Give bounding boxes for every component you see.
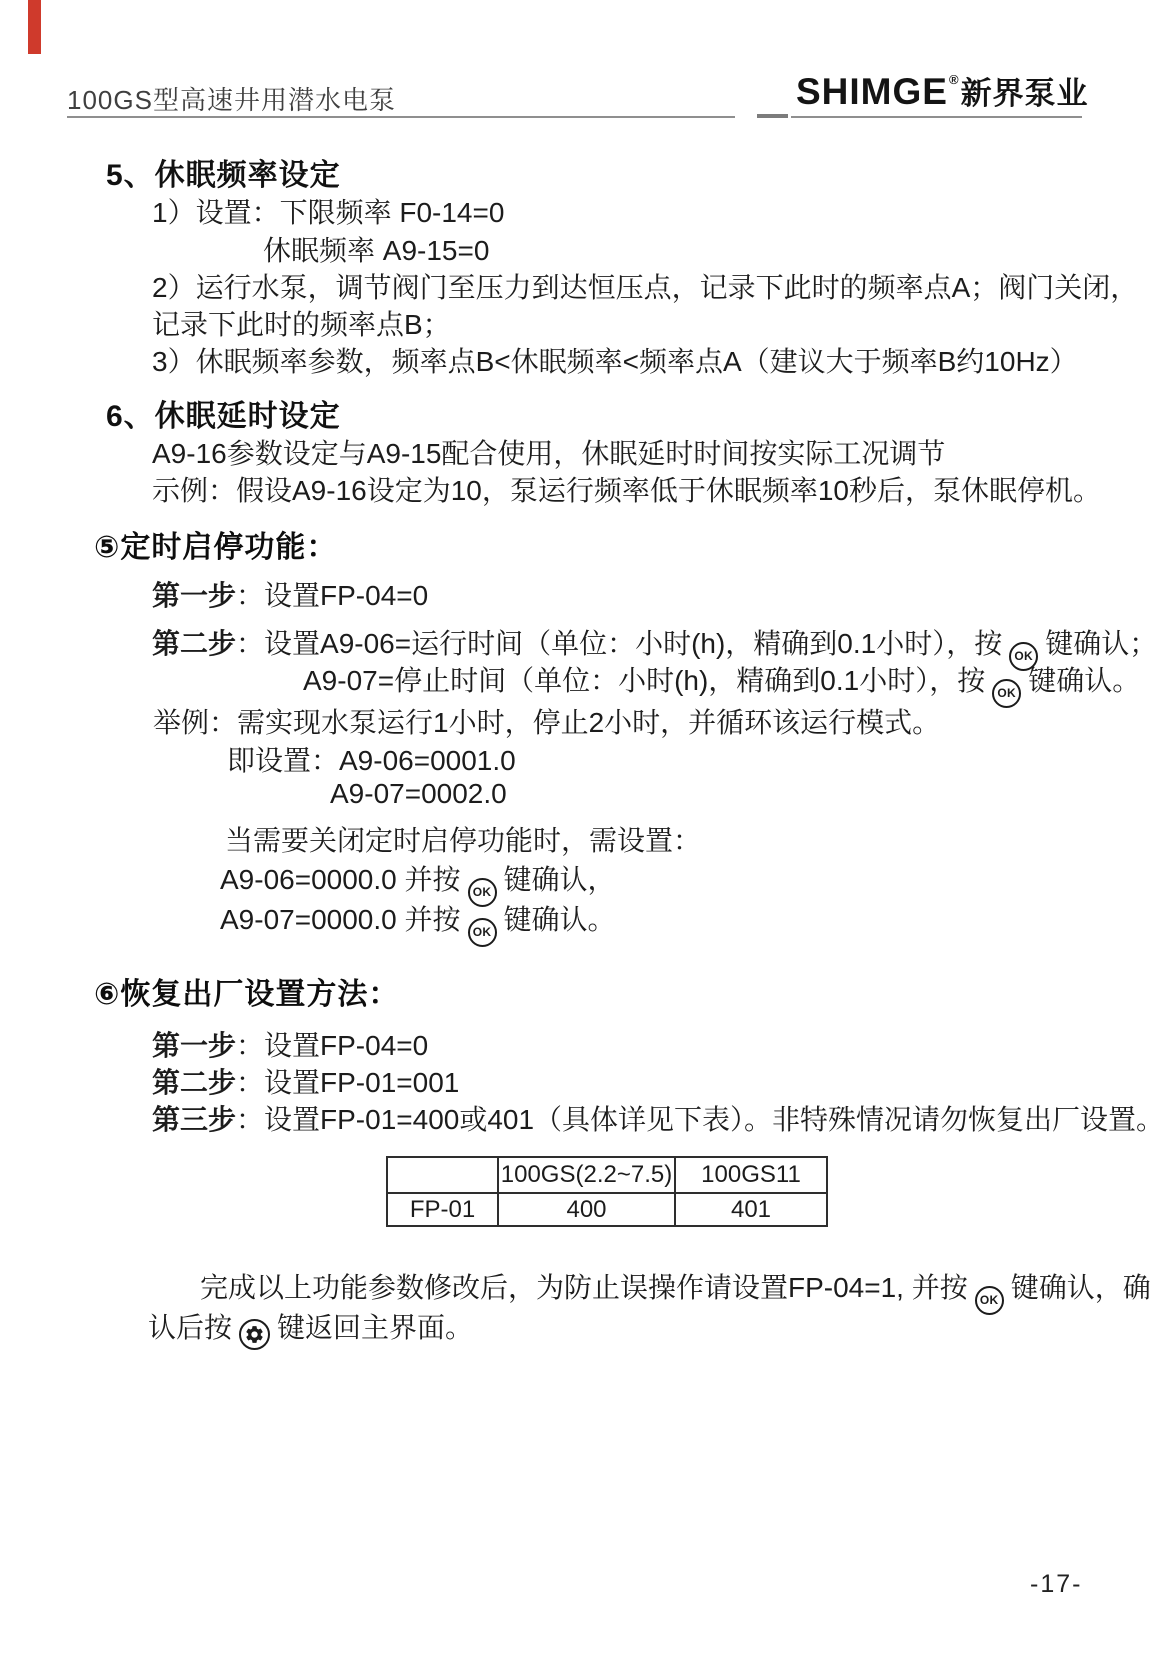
ok-button-label: OK [980, 1293, 999, 1307]
ok-button-label: OK [473, 885, 492, 899]
factory-step3: 第三步：设置FP-01=400或401（具体详见下表）。非特殊情况请勿恢复出厂设… [152, 1098, 1164, 1138]
timer-section-heading: ⑤定时启停功能： [94, 522, 337, 566]
manual-page: 100GS型高速井用潜水电泵 SHIMGE®新界泵业 5、休眠频率设定 1）设置… [0, 0, 1165, 1654]
timer-step2-line1-text: ：设置A9-06=运行时间（单位：小时(h)，精确到0.1小时），按 [236, 628, 1002, 659]
ok-button-label: OK [997, 686, 1016, 700]
table-header-row: 100GS(2.2~7.5) 100GS11 [387, 1157, 827, 1193]
table-header-100gs11: 100GS11 [675, 1157, 827, 1193]
factory-step3-label: 第三步 [152, 1104, 236, 1135]
registered-trademark-icon: ® [949, 72, 959, 87]
ok-button-label: OK [473, 925, 492, 939]
timer-disable-line1-text: A9-06=0000.0 并按 [220, 864, 461, 895]
red-corner-mark [28, 0, 41, 54]
table-row: FP-01 400 401 [387, 1193, 827, 1226]
timer-example: 举例：需实现水泵运行1小时，停止2小时，并循环该运行模式。 [153, 701, 940, 741]
brand-logo-cjk: 新界泵业 [961, 68, 1089, 113]
settings-gear-icon [239, 1319, 270, 1350]
section5-item2b: 记录下此时的频率点B； [152, 303, 451, 343]
brand-logo: SHIMGE®新界泵业 [796, 68, 1089, 113]
closing-line2: 认后按键返回主界面。 [148, 1306, 473, 1350]
section6-line1: A9-16参数设定与A9-15配合使用，休眠延时时间按实际工况调节 [152, 432, 945, 472]
section5-item1b: 休眠频率 A9-15=0 [263, 229, 489, 269]
section6-line2: 示例：假设A9-16设定为10，泵运行频率低于休眠频率10秒后，泵休眠停机。 [152, 469, 1101, 509]
timer-step2-line2-suffix: 键确认。 [1028, 665, 1140, 696]
timer-set2: A9-07=0002.0 [330, 778, 507, 810]
table-header-100gs: 100GS(2.2~7.5) [498, 1157, 675, 1193]
closing-line1-text: 完成以上功能参数修改后，为防止误操作请设置FP-04=1, 并按 [200, 1272, 968, 1303]
header-rule-dash [757, 114, 788, 118]
table-row-label: FP-01 [387, 1193, 498, 1226]
timer-step2-label: 第二步 [152, 628, 236, 659]
timer-disable-line2: A9-07=0000.0 并按OK键确认。 [220, 898, 616, 947]
page-number: -17- [1030, 1570, 1082, 1599]
closing-line2-text: 认后按 [148, 1312, 232, 1343]
section5-item3: 3）休眠频率参数，频率点B<休眠频率<频率点A（建议大于频率B约10Hz） [152, 340, 1078, 380]
factory-step3-text: ：设置FP-01=400或401（具体详见下表）。非特殊情况请勿恢复出厂设置。 [236, 1104, 1164, 1135]
closing-line2-suffix: 键返回主界面。 [277, 1312, 473, 1343]
header-rule-left [67, 116, 735, 118]
table-value-100gs11: 401 [675, 1193, 827, 1226]
timer-disable-intro: 当需要关闭定时启停功能时，需设置： [225, 819, 701, 859]
table-header-empty-cell [387, 1157, 498, 1193]
factory-step2: 第二步：设置FP-01=001 [152, 1061, 459, 1101]
ok-button-icon: OK [468, 918, 497, 947]
factory-step1-label: 第一步 [152, 1030, 236, 1061]
timer-disable-line2-suffix: 键确认。 [504, 904, 616, 935]
factory-step1-text: ：设置FP-04=0 [236, 1030, 428, 1061]
table-value-100gs: 400 [498, 1193, 675, 1226]
timer-step2-line1-suffix: 键确认； [1045, 628, 1157, 659]
section5-item2a: 2）运行水泵，调节阀门至压力到达恒压点，记录下此时的频率点A；阀门关闭， [152, 266, 1138, 306]
section6-heading: 6、休眠延时设定 [106, 391, 341, 435]
timer-step1-label: 第一步 [152, 580, 236, 611]
timer-disable-line2-text: A9-07=0000.0 并按 [220, 904, 461, 935]
section5-item1: 1）设置：下限频率 F0-14=0 [152, 191, 504, 231]
closing-line1-suffix: 键确认，确 [1011, 1272, 1151, 1303]
factory-step2-label: 第二步 [152, 1067, 236, 1098]
ok-button-icon: OK [975, 1286, 1004, 1315]
header-rule-right [791, 116, 1082, 118]
document-title: 100GS型高速井用潜水电泵 [67, 80, 396, 117]
factory-section-heading: ⑥恢复出厂设置方法： [94, 969, 399, 1013]
ok-button-icon: OK [992, 679, 1021, 708]
timer-step2-line2-text: A9-07=停止时间（单位：小时(h)，精确到0.1小时），按 [303, 665, 985, 696]
timer-step1-text: ：设置FP-04=0 [236, 580, 428, 611]
section5-heading: 5、休眠频率设定 [106, 150, 341, 194]
factory-step2-text: ：设置FP-01=001 [236, 1067, 459, 1098]
timer-set1: 即设置：A9-06=0001.0 [227, 739, 516, 779]
factory-step1: 第一步：设置FP-04=0 [152, 1024, 428, 1064]
timer-disable-line1-suffix: 键确认， [504, 864, 616, 895]
fp01-parameter-table: 100GS(2.2~7.5) 100GS11 FP-01 400 401 [386, 1156, 828, 1227]
timer-step1: 第一步：设置FP-04=0 [152, 574, 428, 614]
brand-logo-latin: SHIMGE [796, 71, 948, 113]
